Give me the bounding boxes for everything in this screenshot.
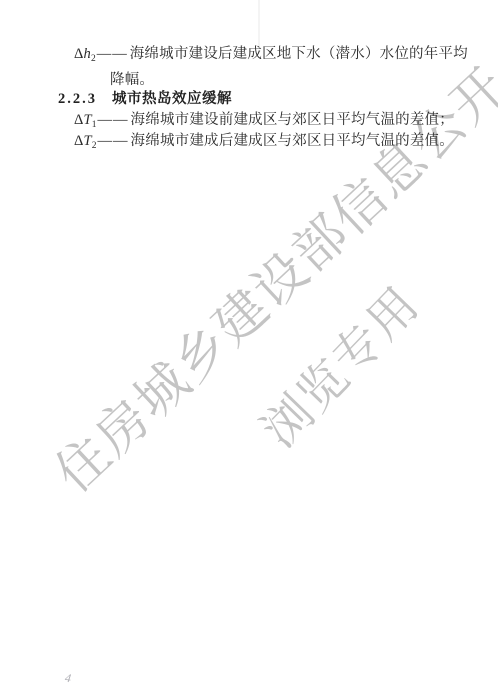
definition-line-dh2-continuation: 降幅。	[110, 71, 154, 90]
page-number: 4	[64, 671, 72, 687]
section-heading: 2.2.3城市热岛效应缓解	[58, 90, 232, 109]
variable-symbol: T	[84, 133, 92, 149]
delta-symbol: Δ	[74, 46, 84, 62]
definition-dash: ——	[98, 112, 129, 128]
watermark-secondary: 浏览专用	[244, 268, 433, 460]
section-number: 2.2.3	[58, 91, 97, 107]
variable-symbol: h	[84, 46, 91, 62]
definition-dash: ——	[97, 46, 128, 62]
definition-text: 海绵城市建设前建成区与郊区日平均气温的差值；	[131, 112, 454, 128]
definition-line-dh2: Δh2——海绵城市建设后建成区地下水（潜水）水位的年平均	[74, 45, 468, 69]
definition-text: 海绵城市建成后建成区与郊区日平均气温的差值。	[131, 133, 454, 149]
variable-symbol: T	[84, 112, 92, 128]
variable-subscript: 2	[92, 141, 97, 151]
scan-fold-line	[258, 0, 260, 46]
delta-symbol: Δ	[74, 112, 84, 128]
definition-line-dt2: ΔT2——海绵城市建成后建成区与郊区日平均气温的差值。	[74, 132, 454, 156]
definition-text: 海绵城市建设后建成区地下水（潜水）水位的年平均	[130, 46, 468, 62]
section-title: 城市热岛效应缓解	[112, 91, 232, 107]
document-page: 住房城乡建设部信息公开 浏览专用 Δh2——海绵城市建设后建成区地下水（潜水）水…	[0, 0, 498, 690]
definition-text-continuation: 降幅。	[110, 72, 154, 88]
variable-subscript: 2	[91, 54, 96, 64]
delta-symbol: Δ	[74, 133, 84, 149]
variable-subscript: 1	[92, 120, 97, 130]
definition-dash: ——	[98, 133, 129, 149]
